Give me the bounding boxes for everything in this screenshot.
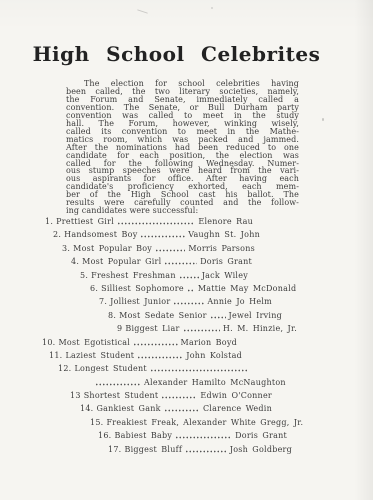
dotted-leader <box>95 383 141 386</box>
dotted-leader <box>150 369 249 372</box>
item-name: Marion Boyd <box>181 338 237 347</box>
dotted-leader <box>164 409 200 412</box>
item-number: 7. <box>99 297 107 306</box>
list-item: 11.Laziest StudentJohn Kolstad <box>49 351 242 360</box>
item-number: 5. <box>80 271 88 280</box>
item-number: 14. <box>80 404 93 413</box>
page-title: High School Celebrites <box>28 42 325 66</box>
list-item: 2.Handsomest BoyVaughn St. John <box>53 230 260 239</box>
list-item: 13Shortest StudentEdwin O'Conner <box>70 391 272 400</box>
item-label: Silliest Sophomore <box>101 284 184 293</box>
item-name: Elenore Rau <box>198 217 253 226</box>
dotted-leader <box>187 289 195 292</box>
item-name: John Kolstad <box>186 351 242 360</box>
item-name: Vaughn St. John <box>188 230 260 239</box>
item-label: Gankiest Gank <box>96 404 160 413</box>
scan-speck <box>322 118 324 121</box>
item-label: Freshest Freshman <box>91 271 176 280</box>
list-item: 9Biggest LiarH. M. Hinzie, Jr. <box>117 324 297 333</box>
item-name: Josh Goldberg <box>230 445 292 454</box>
item-number: 6. <box>90 284 98 293</box>
list-item: 7.Jolliest JuniorAnnie Jo Helm <box>99 297 272 306</box>
dotted-leader <box>183 329 220 332</box>
item-label: Prettiest Girl <box>56 217 114 226</box>
item-label: Most Sedate Senior <box>119 311 207 320</box>
results-list: 1.Prettiest GirlElenore Rau2.Handsomest … <box>0 217 373 458</box>
list-item: 3.Most Popular BoyMorris Parsons <box>62 244 255 253</box>
list-item: 16.Babiest BabyDoris Grant <box>98 431 287 440</box>
item-name: Jack Wiley <box>202 271 248 280</box>
list-item-wrapped-name: Alexander Hamilto McNaughton <box>95 378 292 387</box>
dotted-leader <box>164 262 197 265</box>
item-label: Biggest Bluff <box>124 445 182 454</box>
item-name: Jewel Irving <box>229 311 282 320</box>
dotted-leader <box>133 343 177 346</box>
item-label: Biggest Liar <box>125 324 179 333</box>
item-number: 11. <box>49 351 62 360</box>
item-label: Freakiest Freak, <box>106 418 179 427</box>
dotted-leader <box>117 222 195 225</box>
item-name: Doris Grant <box>200 257 252 266</box>
item-number: 13 <box>70 391 81 400</box>
item-number: 17. <box>108 445 121 454</box>
list-item: 5.Freshest FreshmanJack Wiley <box>80 271 248 280</box>
item-name: Doris Grant <box>235 431 287 440</box>
list-item: 17.Biggest BluffJosh Goldberg <box>108 445 292 454</box>
list-item: 10.Most EgotisticalMarion Boyd <box>42 338 237 347</box>
item-name: Alexander White Gregg, Jr. <box>183 418 303 427</box>
dotted-leader <box>173 302 204 305</box>
item-name: Clarence Wedin <box>203 404 272 413</box>
list-item: 12.Longest Student <box>58 364 252 373</box>
item-name: Annie Jo Helm <box>207 297 272 306</box>
intro-paragraph: The election for school celebrities havi… <box>66 80 299 215</box>
item-number: 3. <box>62 244 70 253</box>
list-item: 4.Most Popular GirlDoris Grant <box>71 257 252 266</box>
item-label: Shortest Student <box>84 391 159 400</box>
paragraph-line: ing candidates were successful: <box>66 207 299 215</box>
item-number: 10. <box>42 338 55 347</box>
item-number: 8. <box>108 311 116 320</box>
item-number: 9 <box>117 324 122 333</box>
item-number: 1. <box>45 217 53 226</box>
item-name: Alexander Hamilto McNaughton <box>144 378 286 387</box>
scan-mark <box>137 9 148 13</box>
list-item: 8.Most Sedate SeniorJewel Irving <box>108 311 282 320</box>
dotted-leader <box>175 436 232 439</box>
item-label: Most Popular Girl <box>82 257 161 266</box>
list-item: 15.Freakiest Freak,Alexander White Gregg… <box>90 418 300 427</box>
dotted-leader <box>137 356 183 359</box>
item-label: Most Popular Boy <box>73 244 152 253</box>
item-number: 12. <box>58 364 71 373</box>
item-name: Morris Parsons <box>188 244 255 253</box>
list-item: 14.Gankiest GankClarence Wedin <box>80 404 272 413</box>
item-name: Edwin O'Conner <box>200 391 272 400</box>
dotted-leader <box>185 450 227 453</box>
item-label: Babiest Baby <box>114 431 172 440</box>
scanned-page: High School Celebrites The election for … <box>0 0 373 500</box>
dotted-leader <box>155 249 185 252</box>
item-label: Laziest Student <box>65 351 134 360</box>
item-label: Longest Student <box>74 364 146 373</box>
item-label: Handsomest Boy <box>64 230 137 239</box>
scan-speck <box>211 7 213 9</box>
dotted-leader <box>161 396 197 399</box>
item-number: 15. <box>90 418 103 427</box>
item-number: 16. <box>98 431 111 440</box>
item-name: Mattie May McDonald <box>198 284 297 293</box>
item-number: 4. <box>71 257 79 266</box>
item-label: Most Egotistical <box>58 338 130 347</box>
item-label: Jolliest Junior <box>110 297 170 306</box>
dotted-leader <box>179 276 199 279</box>
list-item: 6.Silliest SophomoreMattie May McDonald <box>90 284 287 293</box>
item-name: H. M. Hinzie, Jr. <box>223 324 297 333</box>
dotted-leader <box>210 316 226 319</box>
item-number: 2. <box>53 230 61 239</box>
dotted-leader <box>140 235 185 238</box>
list-item: 1.Prettiest GirlElenore Rau <box>45 217 253 226</box>
